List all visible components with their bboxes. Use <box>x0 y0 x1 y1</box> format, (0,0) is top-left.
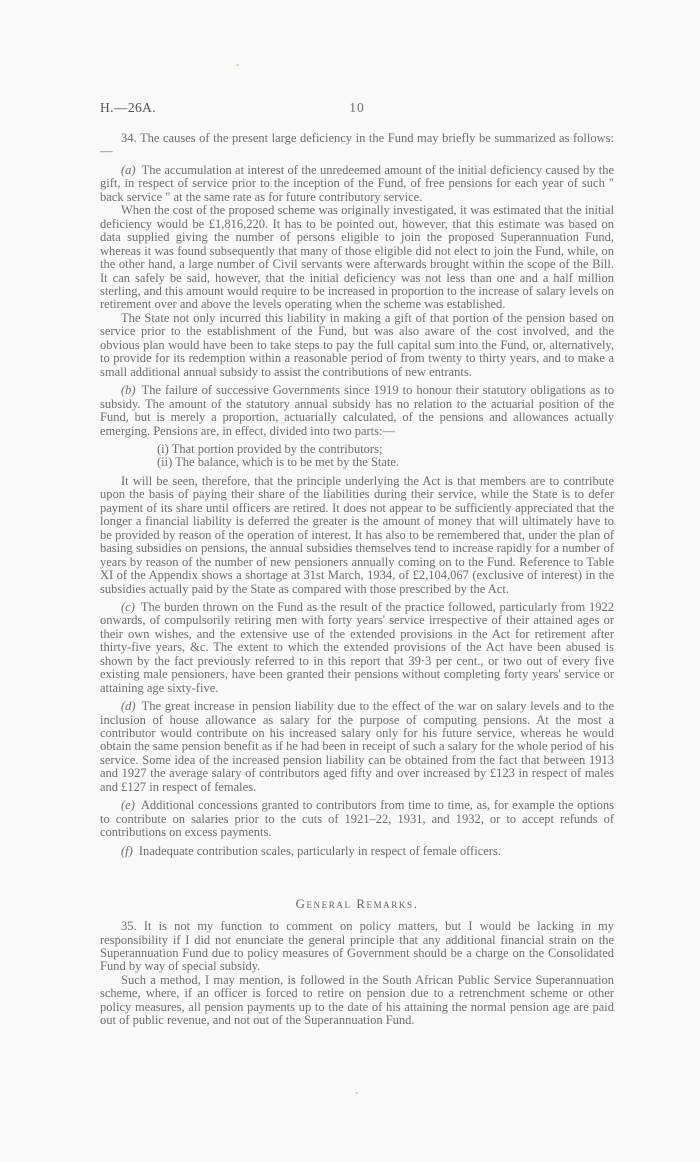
paragraph-34: 34. The causes of the present large defi… <box>100 132 614 159</box>
paragraph-south-africa: Such a method, I may mention, is followe… <box>100 974 614 1028</box>
paragraph-text: 34. The causes of the present large defi… <box>100 131 614 158</box>
paragraph-text: 35. It is not my function to comment on … <box>100 919 614 973</box>
item-label: (f) <box>121 844 133 858</box>
paragraph-principle: It will be seen, therefore, that the pri… <box>100 475 614 596</box>
section-heading: General Remarks. <box>100 897 614 912</box>
page-content: H.—26A. 10 34. The causes of the present… <box>100 100 614 1028</box>
document-reference: H.—26A. <box>100 100 156 115</box>
paragraph-text: The failure of successive Governments si… <box>100 383 614 437</box>
paragraph-text: (ii) The balance, which is to be met by … <box>157 455 399 469</box>
item-d: (d)The great increase in pension liabili… <box>100 700 614 794</box>
item-label: (e) <box>121 798 135 812</box>
paragraph-state-liability: The State not only incurred this liabili… <box>100 312 614 379</box>
page-header: H.—26A. 10 <box>100 100 614 116</box>
paragraph-text: The burden thrown on the Fund as the res… <box>100 600 614 695</box>
item-c: (c)The burden thrown on the Fund as the … <box>100 601 614 695</box>
paragraph-text: The accumulation at interest of the unre… <box>100 163 614 204</box>
document-page: H.—26A. 10 34. The causes of the present… <box>0 0 700 1162</box>
scan-artifact <box>236 64 239 66</box>
paragraph-text: Additional concessions granted to contri… <box>100 798 614 839</box>
item-b: (b)The failure of successive Governments… <box>100 384 614 438</box>
paragraph-initial-deficiency: When the cost of the proposed scheme was… <box>100 204 614 312</box>
paragraph-35: 35. It is not my function to comment on … <box>100 920 614 974</box>
paragraph-text: The State not only incurred this liabili… <box>100 311 614 379</box>
paragraph-text: It will be seen, therefore, that the pri… <box>100 474 614 596</box>
item-label: (d) <box>121 699 136 713</box>
page-number: 10 <box>349 100 365 116</box>
item-label: (a) <box>121 163 136 177</box>
paragraph-text: (i) That portion provided by the contrib… <box>157 442 382 456</box>
item-f: (f)Inadequate contribution scales, parti… <box>100 845 614 858</box>
paragraph-text: Inadequate contribution scales, particul… <box>139 844 501 858</box>
item-a: (a)The accumulation at interest of the u… <box>100 164 614 204</box>
subitem-ii: (ii) The balance, which is to be met by … <box>157 456 614 469</box>
item-label: (b) <box>121 383 136 397</box>
paragraph-text: The great increase in pension liability … <box>100 699 614 794</box>
item-e: (e)Additional concessions granted to con… <box>100 799 614 839</box>
paragraph-text: Such a method, I may mention, is followe… <box>100 973 614 1027</box>
item-label: (c) <box>121 600 135 614</box>
scan-artifact <box>355 1092 358 1094</box>
subitem-i: (i) That portion provided by the contrib… <box>157 443 614 456</box>
paragraph-text: When the cost of the proposed scheme was… <box>100 203 614 311</box>
